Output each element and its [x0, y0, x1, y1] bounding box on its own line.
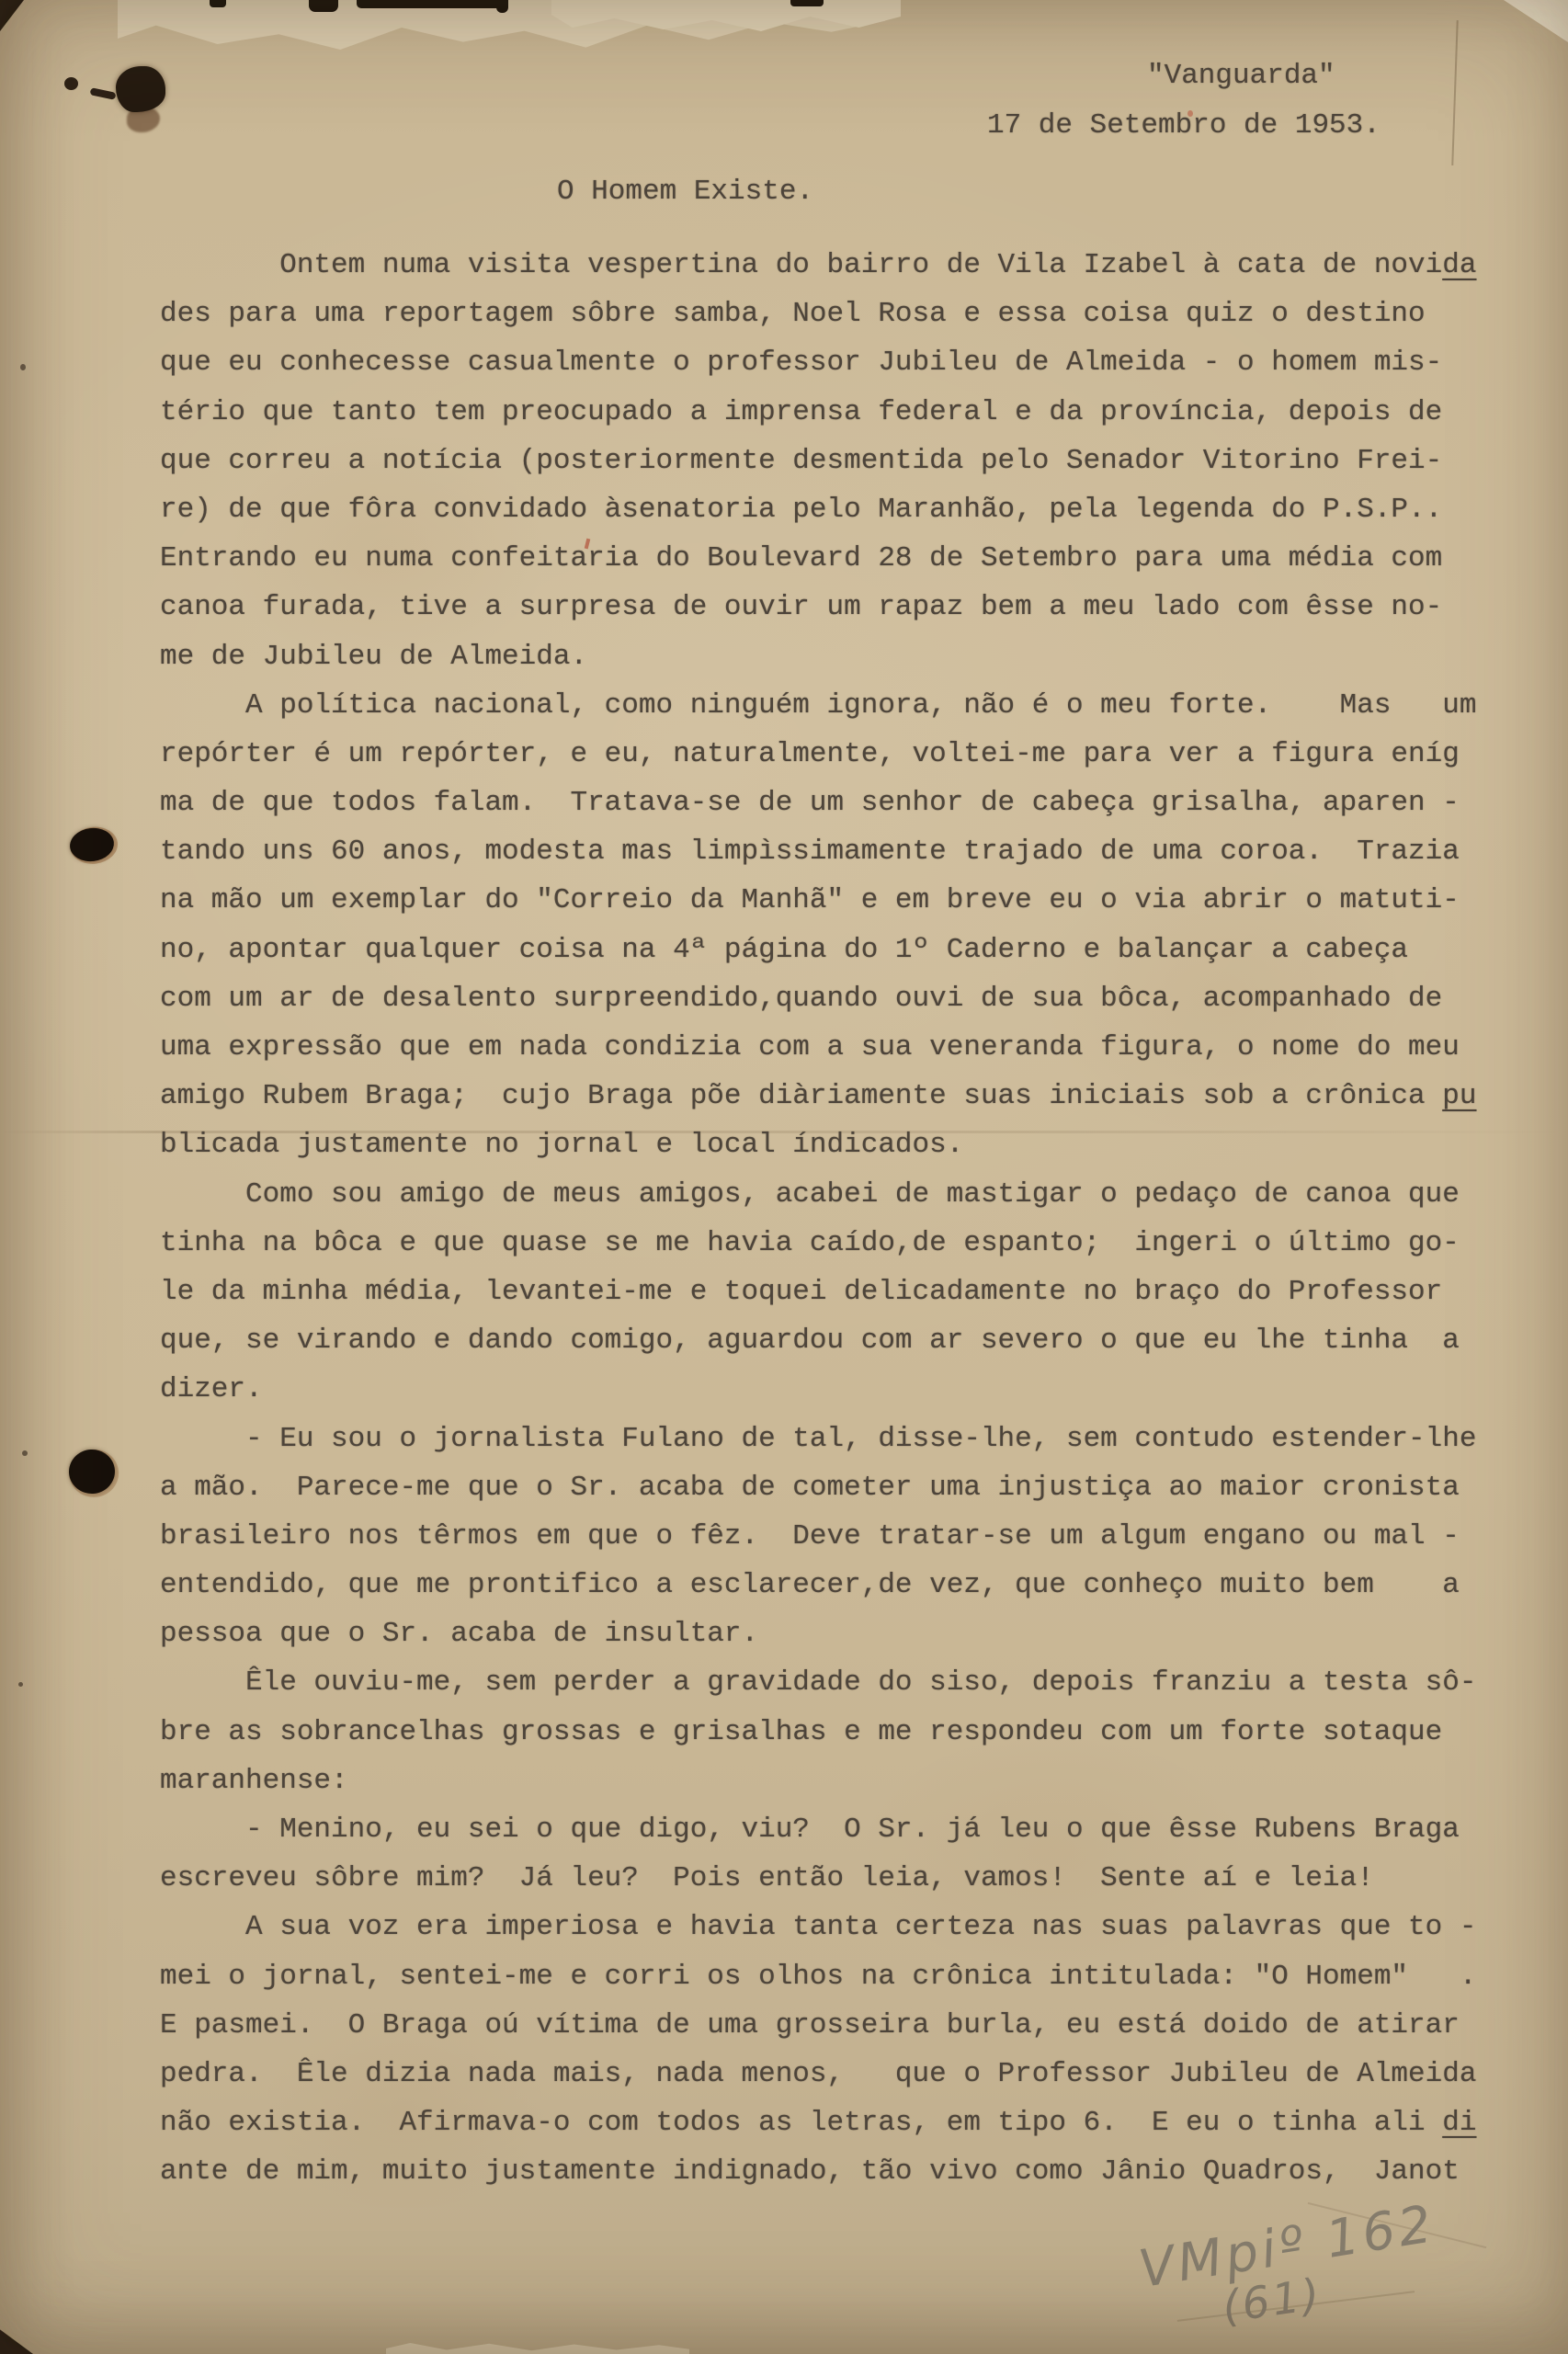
- typed-line: des para uma reportagem sôbre samba, Noe…: [160, 290, 1476, 338]
- typed-line: Entrando eu numa confeitaria do Boulevar…: [160, 534, 1476, 583]
- typed-line: - Eu sou o jornalista Fulano de tal, dis…: [160, 1415, 1476, 1463]
- scanned-typewritten-page: "Vanguarda" 17 de Setembro de 1953. O Ho…: [0, 0, 1568, 2354]
- typed-line: Ontem numa visita vespertina do bairro d…: [160, 241, 1476, 290]
- typed-line: uma expressão que em nada condizia com a…: [160, 1023, 1476, 1072]
- publication-name: "Vanguarda": [1147, 51, 1335, 100]
- document-title: O Homem Existe.: [557, 167, 813, 216]
- typed-line: tinha na bôca e que quase se me havia ca…: [160, 1219, 1476, 1268]
- typed-body: Ontem numa visita vespertina do bairro d…: [160, 241, 1476, 2197]
- typed-line: escreveu sôbre mim? Já leu? Pois então l…: [160, 1854, 1476, 1903]
- typed-line: le da minha média, levantei-me e toquei …: [160, 1268, 1476, 1316]
- ink-blot-dash: [89, 87, 116, 100]
- typed-line: Êle ouviu-me, sem perder a gravidade do …: [160, 1658, 1476, 1707]
- page-corner-fold: [1504, 0, 1568, 42]
- typed-line: blicada justamente no jornal e local índ…: [160, 1120, 1476, 1169]
- typed-line: E pasmei. O Braga oú vítima de uma gross…: [160, 2001, 1476, 2050]
- typed-line: - Menino, eu sei o que digo, viu? O Sr. …: [160, 1805, 1476, 1854]
- typed-line: amigo Rubem Braga; cujo Braga põe diària…: [160, 1072, 1476, 1120]
- typed-line: tando uns 60 anos, modesta mas limpìssim…: [160, 827, 1476, 876]
- typed-line: dizer.: [160, 1365, 1476, 1414]
- scan-corner-mark: [0, 0, 24, 31]
- typed-line: a mão. Parece-me que o Sr. acaba de come…: [160, 1463, 1476, 1512]
- typed-line: canoa furada, tive a surpresa de ouvir u…: [160, 583, 1476, 631]
- ink-blot-dot: [64, 77, 78, 90]
- typed-line: re) de que fôra convidado àsenatoria pel…: [160, 485, 1476, 534]
- scan-edge-mark: [496, 0, 508, 13]
- typed-line: A política nacional, como ninguém ignora…: [160, 681, 1476, 730]
- ink-speck: [18, 1682, 23, 1687]
- typed-line: tério que tanto tem preocupado a imprens…: [160, 388, 1476, 437]
- ink-speck: [22, 1450, 28, 1456]
- typed-line: A sua voz era imperiosa e havia tanta ce…: [160, 1903, 1476, 1951]
- ink-blot: [116, 66, 165, 112]
- typed-line: não existia. Afirmava-o com todos as let…: [160, 2098, 1476, 2147]
- typed-line: ante de mim, muito justamente indignado,…: [160, 2147, 1476, 2196]
- typed-line: que eu conhecesse casualmente o professo…: [160, 338, 1476, 387]
- typed-line: na mão um exemplar do "Correio da Manhã"…: [160, 876, 1476, 925]
- typed-line: brasileiro nos têrmos em que o fêz. Deve…: [160, 1512, 1476, 1561]
- typed-line: ma de que todos falam. Tratava-se de um …: [160, 779, 1476, 827]
- typed-line: entendido, que me prontifico a esclarece…: [160, 1561, 1476, 1609]
- typed-line: que correu a notícia (posteriormente des…: [160, 437, 1476, 485]
- punch-hole-top: [68, 825, 116, 864]
- torn-bottom-edge: [386, 2340, 689, 2354]
- scan-edge-mark: [309, 0, 338, 12]
- typed-line: pessoa que o Sr. acaba de insultar.: [160, 1609, 1476, 1658]
- typed-line: me de Jubileu de Almeida.: [160, 632, 1476, 681]
- scan-corner-mark: [0, 2320, 33, 2354]
- typed-line: no, apontar qualquer coisa na 4ª página …: [160, 926, 1476, 974]
- vertical-crease: [1451, 20, 1459, 165]
- punch-hole-bottom: [67, 1448, 116, 1495]
- typed-line: maranhense:: [160, 1757, 1476, 1805]
- typed-line: pedra. Êle dizia nada mais, nada menos, …: [160, 2050, 1476, 2098]
- scan-edge-mark: [210, 0, 226, 7]
- date-line: 17 de Setembro de 1953.: [987, 101, 1381, 150]
- typed-line: com um ar de desalento surpreendido,quan…: [160, 974, 1476, 1023]
- scan-edge-mark: [357, 0, 506, 8]
- typed-line: bre as sobrancelhas grossas e grisalhas …: [160, 1708, 1476, 1757]
- typed-line: repórter é um repórter, e eu, naturalmen…: [160, 730, 1476, 779]
- typed-line: Como sou amigo de meus amigos, acabei de…: [160, 1170, 1476, 1219]
- ink-speck: [20, 364, 26, 370]
- typed-line: mei o jornal, sentei-me e corri os olhos…: [160, 1952, 1476, 2001]
- typed-line: que, se virando e dando comigo, aguardou…: [160, 1316, 1476, 1365]
- scan-edge-mark: [790, 0, 824, 6]
